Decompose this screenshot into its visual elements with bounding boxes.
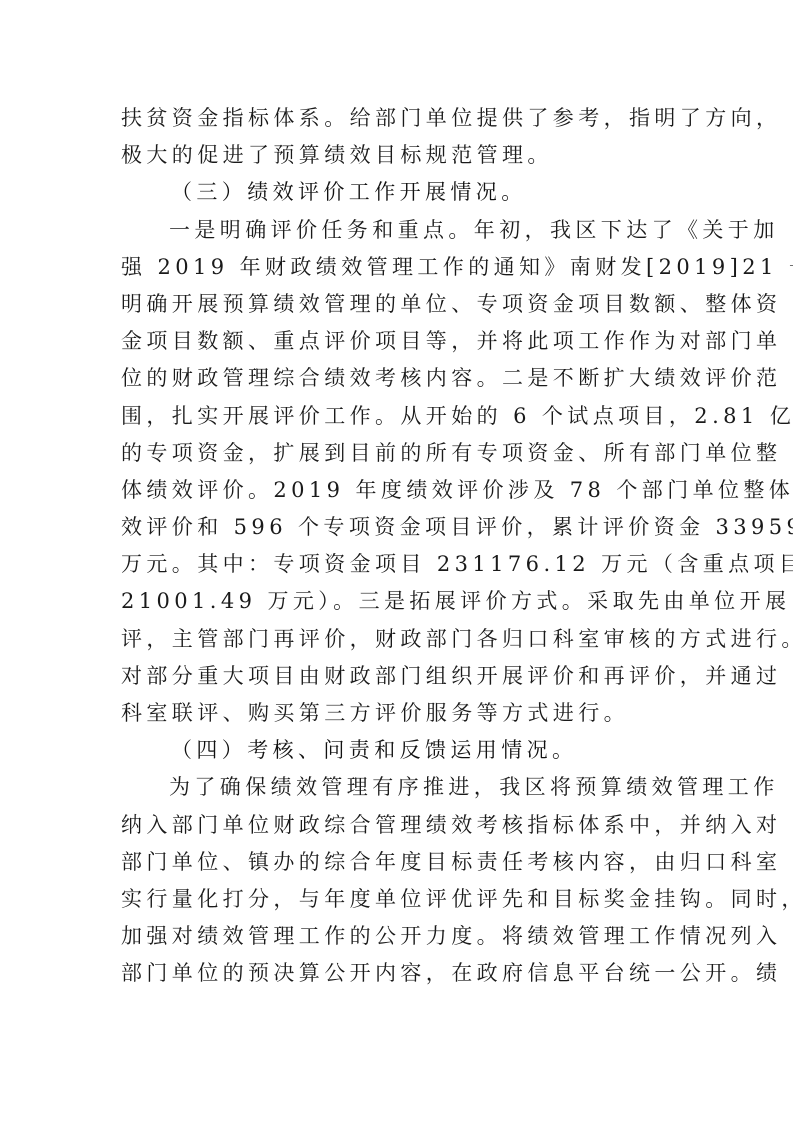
text-line: 扶贫资金指标体系。给部门单位提供了参考，指明了方向， <box>121 104 681 141</box>
text-line: 极大的促进了预算绩效目标规范管理。 <box>121 141 681 178</box>
text-line: 部门单位的预决算公开内容，在政府信息平台统一公开。绩 <box>121 959 681 996</box>
text-line: 科室联评、购买第三方评价服务等方式进行。 <box>121 699 681 736</box>
section-heading-4: （四）考核、问责和反馈运用情况。 <box>121 736 681 773</box>
text-line: 位的财政管理综合绩效考核内容。二是不断扩大绩效评价范 <box>121 364 681 401</box>
text-line: 万元。其中：专项资金项目 231176.12 万元（含重点项目 <box>121 550 681 587</box>
text-line: 评，主管部门再评价，财政部门各归口科室审核的方式进行。 <box>121 625 681 662</box>
text-line: 金项目数额、重点评价项目等，并将此项工作作为对部门单 <box>121 327 681 364</box>
text-line: 效评价和 596 个专项资金项目评价，累计评价资金 339598.13 <box>121 513 681 550</box>
section-heading-3: （三）绩效评价工作开展情况。 <box>121 178 681 215</box>
text-line: 实行量化打分，与年度单位评优评先和目标奖金挂钩。同时， <box>121 885 681 922</box>
text-line: 对部分重大项目由财政部门组织开展评价和再评价，并通过 <box>121 662 681 699</box>
text-line: 围，扎实开展评价工作。从开始的 6 个试点项目，2.81 亿元 <box>121 402 681 439</box>
text-line: 加强对绩效管理工作的公开力度。将绩效管理工作情况列入 <box>121 922 681 959</box>
text-line: 部门单位、镇办的综合年度目标责任考核内容，由归口科室 <box>121 848 681 885</box>
text-line: 21001.49 万元）。三是拓展评价方式。采取先由单位开展自 <box>121 587 681 624</box>
document-page: 扶贫资金指标体系。给部门单位提供了参考，指明了方向， 极大的促进了预算绩效目标规… <box>0 0 793 1122</box>
text-line: 纳入部门单位财政综合管理绩效考核指标体系中，并纳入对 <box>121 811 681 848</box>
text-line: 明确开展预算绩效管理的单位、专项资金项目数额、整体资 <box>121 290 681 327</box>
text-line: 的专项资金，扩展到目前的所有专项资金、所有部门单位整 <box>121 439 681 476</box>
text-line: 体绩效评价。2019 年度绩效评价涉及 78 个部门单位整体绩 <box>121 476 681 513</box>
paragraph-start: 一是明确评价任务和重点。年初，我区下达了《关于加 <box>121 216 681 253</box>
paragraph-start: 为了确保绩效管理有序推进，我区将预算绩效管理工作 <box>121 773 681 810</box>
document-body: 扶贫资金指标体系。给部门单位提供了参考，指明了方向， 极大的促进了预算绩效目标规… <box>121 104 681 997</box>
text-line: 强 2019 年财政绩效管理工作的通知》南财发[2019]21 号， <box>121 253 681 290</box>
